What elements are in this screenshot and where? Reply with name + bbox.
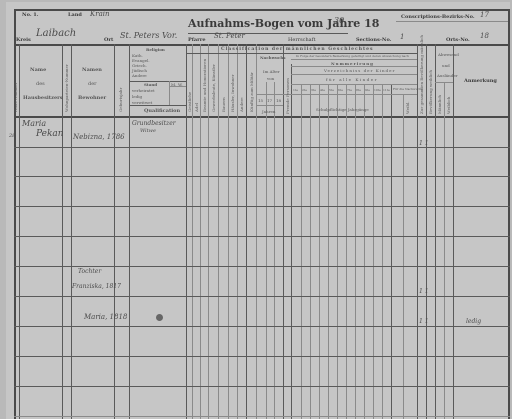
orts-value: 18 [480, 32, 489, 40]
child-age-col: 7te [347, 88, 352, 92]
class-subcol: Geistliche [187, 72, 192, 112]
row-divider [14, 176, 510, 177]
summe-w-header: Bevölkerung weiblich [428, 57, 433, 114]
weiblich-col-header: Weibl. [405, 97, 410, 114]
herrschaft-label: Herrschaft [288, 37, 316, 43]
stand-row-label: ledig [132, 94, 142, 99]
age-col: 18 [276, 98, 281, 103]
entry-1-qualification: Grundbesitzer [132, 120, 176, 127]
orts-label: Orts-No. [446, 37, 470, 43]
abwesend-m-header: Männlich [437, 90, 442, 114]
child-age-col: 8te [356, 88, 361, 92]
row-divider [14, 147, 510, 148]
child-age-col: 6te [338, 88, 343, 92]
child-age-col: 1te [293, 88, 298, 92]
stand-col-label: M. [171, 82, 176, 87]
row-divider [14, 266, 510, 267]
class-subcol: Bauern [221, 72, 226, 112]
anmerkung-header: Anmerkung [464, 78, 497, 84]
form-title: Aufnahms-Bogen vom Jahre 18 [188, 17, 379, 30]
abwesend-line3: Ausländer [437, 73, 458, 78]
col-header-geburtsjahr: Geburtsjahr [118, 72, 123, 112]
im-alter-line2: von [267, 76, 274, 81]
bottom-border [14, 416, 510, 417]
bemerkung-top: In Folge der besondern Bemerkung geferti… [296, 54, 409, 58]
religion-title: Religion [146, 47, 165, 52]
col-header-namen-line2: der [88, 81, 97, 87]
sections-label: Sections-No. [356, 37, 391, 43]
entry-1-owner-last: Pekan [36, 129, 64, 139]
class-subcol: Adel [194, 72, 199, 112]
entry-1-owner-first: Maria [22, 119, 46, 128]
top-border [14, 9, 510, 11]
ink-blot [156, 314, 163, 321]
age-col: 17 [267, 98, 272, 103]
conscription-divider [396, 21, 510, 22]
entry-2-resident-relation: Tochter [78, 268, 101, 275]
jahren-label: Jahren [262, 109, 275, 114]
class-subcol: Künftig zum Militär [249, 62, 254, 112]
conscription-label: Conscriptions-Bezirks-No. [401, 14, 475, 20]
row-divider [14, 236, 510, 237]
pfarre-value: St. Peter [214, 32, 245, 40]
schulpflichtig-header: Schulpflichtige Jahrgänge [316, 107, 369, 112]
row-divider [14, 356, 510, 357]
col-header-haus-nummer: Haus-Nummer [13, 72, 18, 112]
entry-2-tally: 1 1 [419, 288, 429, 295]
entry-1-house-number: 28 [9, 133, 15, 139]
sections-value: 1 [400, 33, 404, 41]
conscription-value: 17 [480, 11, 489, 19]
table-left-border [14, 9, 16, 419]
class-subcol: Gewerbsleute, Künstler [211, 57, 216, 112]
entry-1-resident: Nebizna, 1786 [73, 133, 125, 141]
nachwuchs-header: Nachwuchs [260, 55, 286, 60]
class-subcol: Andere [239, 72, 244, 112]
fuer-alle-header: für alle Kinder [326, 77, 378, 82]
classification-title: Classification der männlichen Geschlecht… [221, 47, 374, 52]
verzeichnis-header: Verzeichniss der Kinder [324, 68, 395, 73]
entry-3-remark: ledig [466, 318, 481, 325]
census-form-sheet: No. 1. Land Krain Aufnahms-Bogen vom Jah… [6, 2, 510, 419]
land-value: Krain [90, 10, 110, 18]
stand-row-label: verheiratet [132, 88, 155, 93]
form-number-label: No. 1. [22, 12, 39, 18]
row-divider [14, 326, 510, 327]
abwesend-line2: und [442, 63, 450, 68]
im-alter-line1: Im Alter [263, 69, 280, 74]
kreis-value: Laibach [36, 28, 76, 39]
kreis-label: Kreis [16, 37, 31, 43]
child-age-col: 3te [311, 88, 316, 92]
land-label: Land [68, 12, 82, 18]
fremde-header: Fremde Personen [285, 86, 290, 114]
entry-3-tally: 1 1 [419, 318, 429, 325]
col-header-name-line1: Name [30, 67, 46, 73]
ort-value: St. Peters Vor. [120, 31, 177, 40]
entry-2-resident: Franziska, 1817 [72, 283, 121, 290]
child-age-col: 4te [320, 88, 325, 92]
child-age-col: 9te [365, 88, 370, 92]
row-divider [14, 386, 510, 387]
col-header-namen-line1: Namen [82, 67, 102, 73]
child-age-col: 2te [302, 88, 307, 92]
col-header-namen-line3: Bewohner [78, 95, 106, 101]
col-header-name-line2: des [36, 81, 45, 87]
class-subcol: Häusler, Inwohner [230, 62, 235, 112]
stand-row-label: verwitwet [132, 100, 152, 105]
abwesend-line1: Abwesend [438, 52, 459, 57]
entry-1-qualification-note: Witwe [140, 128, 156, 134]
pfarre-label: Pfarre [188, 37, 206, 43]
religion-row-label: Andere [132, 73, 147, 78]
age-col: 15 [258, 98, 263, 103]
entry-1-tally: 1 1 [419, 140, 429, 147]
ort-label: Ort [104, 37, 113, 43]
child-age-col: 11te [383, 88, 390, 92]
child-age-col: 10te [374, 88, 381, 92]
title-underline [188, 33, 348, 34]
table-right-border [508, 9, 510, 419]
summe-m-header: Zur gesammten Bevölkerung männlich [419, 50, 424, 114]
col-header-wohnpartei: Wohnparteien-Nummer [64, 62, 69, 112]
row-divider [14, 296, 510, 297]
child-age-col: 5te [329, 88, 334, 92]
abwesend-w-header: Weiblich [446, 90, 451, 114]
nummerirung-header: Nummerirung [331, 61, 374, 66]
stand-col-label: W. [178, 82, 183, 87]
year-suffix: 30 [334, 16, 344, 25]
entry-3-resident: Maria, 1818 [84, 313, 127, 321]
qualification-header: Qualification [144, 108, 180, 114]
class-subcol: Beamte und Honoratioren [202, 57, 207, 112]
stand-title: Stand [144, 82, 157, 87]
row-divider [14, 206, 510, 207]
col-header-name-line3: Hausbesitzers [23, 95, 63, 101]
